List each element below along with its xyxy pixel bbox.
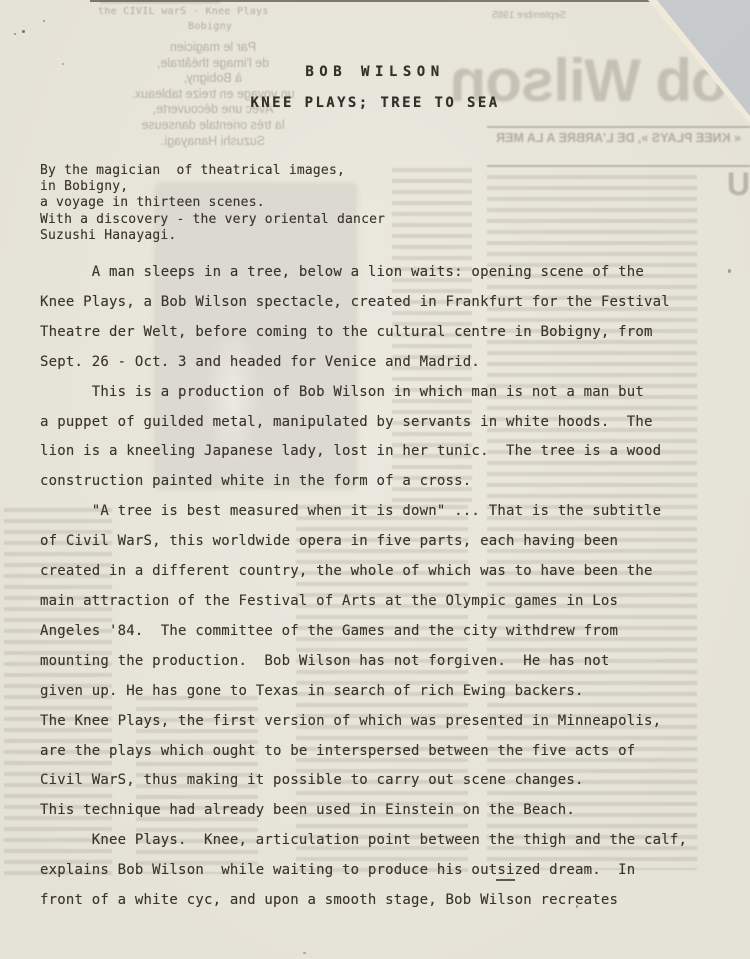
typed-underline-mark: [496, 879, 515, 881]
paper-speck: [728, 269, 731, 273]
paper-speck: [14, 33, 16, 35]
document-title: BOB WILSON: [0, 64, 750, 80]
body-text: A man sleeps in a tree, below a lion wai…: [40, 258, 740, 916]
intro-block: By the magician of theatrical images, in…: [40, 163, 600, 244]
ghost-mirrored-dropcap: U: [706, 166, 750, 203]
paper-speck: [43, 20, 45, 22]
scan-top-edge: [90, 0, 656, 2]
ghost-typed-line: the CIVIL warS - Knee Plays: [98, 6, 269, 17]
ghost-rule-top: [487, 126, 750, 128]
ghost-typed-line: Bobigny: [188, 21, 232, 32]
ghost-mirrored-kicker: « KNEE PLAYS », DE L'ARBRE A LA MER: [487, 131, 750, 145]
ghost-date: Septembre 1985: [486, 10, 566, 21]
paper-speck: [22, 30, 25, 33]
paper-speck: [62, 63, 64, 65]
paper-speck: [576, 905, 578, 908]
scanned-document-page: the CIVIL warS - Knee Plays Bobigny Sept…: [0, 0, 750, 959]
document-subtitle: KNEE PLAYS; TREE TO SEA: [0, 95, 750, 111]
paper-speck: [303, 952, 306, 954]
